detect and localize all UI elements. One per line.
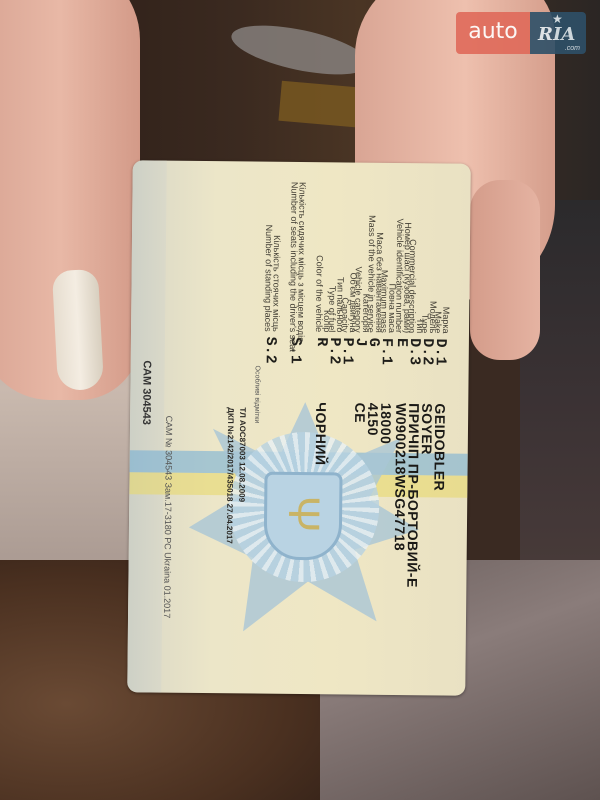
right-finger xyxy=(470,180,540,360)
card-footer-print: САМ № 304543 Зам.17-3180 РС Ukraina 01.2… xyxy=(162,416,174,619)
watermark-ria-text: RIA xyxy=(538,24,575,45)
field-label-en: Number of standing places xyxy=(263,182,274,332)
left-fingernail xyxy=(52,269,104,391)
watermark-ria-block: ★ RIA .com xyxy=(530,12,586,54)
vehicle-registration-card: Ψ D.1GEIDOBLERМаркаMakeD.2SOYERМодельTyp… xyxy=(127,160,471,696)
card-serial-number: САМ 304543 xyxy=(140,360,153,425)
field-code: E xyxy=(393,338,410,347)
field-label-en: Color of the vehicle xyxy=(314,182,325,332)
trident-icon: Ψ xyxy=(273,490,333,539)
special-marks-label: Особливі відмітки xyxy=(253,366,261,424)
special-mark-2: ДКП №2142/2017/435018 27.04.2017 xyxy=(225,407,235,544)
field-value: ЧОРНИЙ xyxy=(313,402,330,465)
card-hologram-strip xyxy=(127,160,167,692)
special-mark-1: ТЛ АОС87003 12.08.2009 xyxy=(237,407,247,502)
watermark-auto-text: auto xyxy=(456,12,530,54)
watermark-domain: .com xyxy=(565,45,580,52)
field-label-en: Number of seats including the driver's s… xyxy=(288,182,299,332)
field-value: CE xyxy=(352,403,368,424)
field-code: S.2 xyxy=(262,337,279,364)
field-code: R xyxy=(313,337,330,346)
autoria-watermark: auto ★ RIA .com xyxy=(456,12,586,54)
field-value: W0900218WSG47718 xyxy=(392,403,410,551)
